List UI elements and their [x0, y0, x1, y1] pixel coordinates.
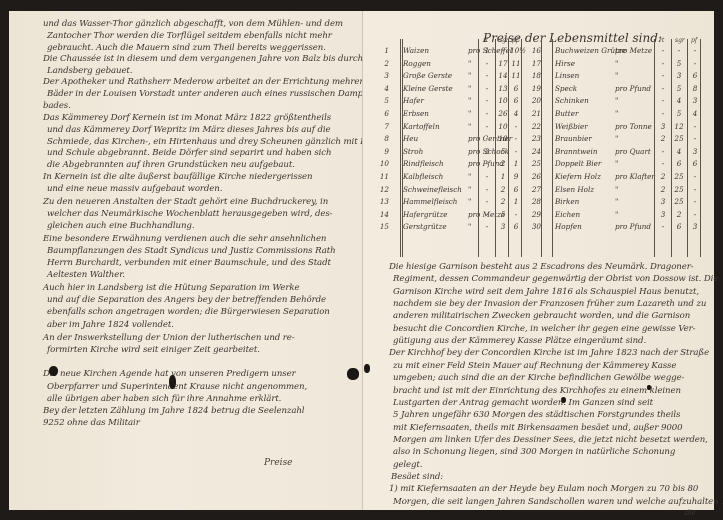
table-cell-unit: "	[615, 210, 618, 219]
table-cell-rt: -	[657, 109, 669, 118]
table-cell-rt: 3	[481, 147, 493, 156]
table-cell-rt: -	[481, 185, 493, 194]
table-cell-no: 26	[531, 172, 541, 181]
table-cell-rt: -	[657, 222, 669, 231]
table-cell-rt: -	[657, 96, 669, 105]
table-cell-unit: "	[615, 197, 618, 206]
table-cell-unit: "	[468, 197, 471, 206]
table-cell-rt: 2	[657, 134, 669, 143]
table-cell-unit: "	[468, 122, 471, 131]
table-cell-no: 16	[531, 46, 541, 55]
table-cell-rt: -	[481, 71, 493, 80]
table-cell-unit: "	[615, 96, 618, 105]
text-line: Lustgarten der Antrag gemacht worden. Im…	[393, 398, 653, 408]
table-cell-item: Hirse	[555, 59, 575, 68]
table-cell-item: Gerstgrütze	[403, 222, 447, 231]
text-line: welcher das Neumärkische Wochenblatt her…	[47, 209, 333, 219]
table-cell-sgr: 2	[673, 210, 685, 219]
ink-blot	[49, 366, 58, 376]
table-cell-unit: "	[615, 185, 618, 194]
table-cell-item: Hammelfleisch	[403, 197, 457, 206]
table-cell-unit: "	[615, 109, 618, 118]
table-rule	[552, 39, 553, 257]
table-cell-unit: "	[468, 109, 471, 118]
text-line: anderen militairischen Zwecken gebraucht…	[393, 311, 690, 321]
text-line: die Abgebrannten auf ihren Grundstücken …	[47, 160, 295, 170]
table-cell-item: Heu	[403, 134, 418, 143]
table-cell-unit: "	[468, 222, 471, 231]
table-cell-no: 3	[379, 71, 389, 80]
table-cell-no: 4	[379, 84, 389, 93]
table-cell-item: Linsen	[555, 71, 579, 80]
table-cell-unit: "	[468, 96, 471, 105]
table-cell-item: Rindfleisch	[403, 159, 444, 168]
table-cell-item: Kleine Gerste	[403, 84, 453, 93]
table-cell-no: 23	[531, 134, 541, 143]
table-cell-item: Schweinefleisch	[403, 185, 462, 194]
table-cell-rt: -	[657, 147, 669, 156]
table-cell-rt: -	[657, 59, 669, 68]
text-line: ebenfalls schon angetragen worden; die B…	[47, 307, 330, 317]
table-cell-rt: -	[481, 172, 493, 181]
table-cell-item: Hafer	[403, 96, 424, 105]
table-rule	[495, 39, 496, 257]
table-cell-no: 6	[379, 109, 389, 118]
table-cell-sgr: 25	[673, 197, 685, 206]
text-line: gebraucht. Auch die Mauern sind zum Thei…	[47, 43, 326, 53]
right-page: Preise der Lebensmittel sind: rtsgrpfrts…	[362, 11, 714, 510]
ink-blot	[347, 368, 359, 380]
table-rule	[521, 39, 522, 257]
table-cell-item: Braunbier	[555, 134, 592, 143]
table-rule	[541, 39, 542, 257]
table-cell-unit: pro Tonne	[615, 122, 652, 131]
ink-blot	[561, 397, 566, 403]
table-cell-sgr: 25	[673, 185, 685, 194]
text-line: die	[685, 509, 696, 517]
table-cell-no: 22	[531, 122, 541, 131]
table-cell-item: Butter	[555, 109, 578, 118]
text-line: Oberpfarrer und Superintendent Krause ni…	[47, 382, 307, 392]
table-cell-no: 15	[379, 222, 389, 231]
table-cell-no: 11	[379, 172, 389, 181]
table-cell-rt: -	[657, 84, 669, 93]
table-cell-unit: "	[468, 185, 471, 194]
text-line: Herrn Burchardt, verbunden mit einer Bau…	[47, 258, 331, 268]
table-cell-sgr: 6	[673, 159, 685, 168]
table-cell-sgr: 4	[673, 96, 685, 105]
table-cell-sgr: 3	[673, 71, 685, 80]
catchword: Preise	[264, 458, 293, 468]
table-cell-no: 14	[379, 210, 389, 219]
column-header: rt	[483, 37, 488, 44]
text-line: und Schule abgebrannt. Beide Dörfer sind…	[47, 148, 331, 158]
table-cell-unit: pro Metze	[615, 46, 652, 55]
table-cell-sgr: 12	[673, 122, 685, 131]
text-line: An der Inswerkstellung der Union der lut…	[43, 333, 295, 343]
column-header: pf	[691, 37, 697, 44]
table-cell-no: 12	[379, 185, 389, 194]
table-cell-sgr: 25	[673, 172, 685, 181]
column-header: sgr	[675, 37, 685, 44]
table-cell-sgr: 25	[673, 134, 685, 143]
table-cell-no: 17	[531, 59, 541, 68]
text-line: 1) mit Kiefernsaaten an der Heyde bey Eu…	[389, 484, 698, 494]
table-cell-no: 30	[531, 222, 541, 231]
table-cell-item: Große Gerste	[403, 71, 452, 80]
table-cell-rt: -	[481, 197, 493, 206]
table-rule	[402, 39, 403, 257]
table-cell-no: 13	[379, 197, 389, 206]
table-cell-unit: pro Klafter	[615, 172, 655, 181]
text-line: Der Apotheker und Rathsherr Mederow arbe…	[43, 77, 372, 87]
table-cell-rt: -	[481, 109, 493, 118]
text-line: aber im Jahre 1824 vollendet.	[47, 320, 174, 330]
text-line: nachdem sie bey der Invasion der Franzos…	[393, 299, 706, 309]
table-cell-item: Schinken	[555, 96, 589, 105]
table-cell-item: Kartoffeln	[403, 122, 440, 131]
text-line: formirten Kirche wird seit einiger Zeit …	[47, 345, 260, 355]
table-cell-rt: 3	[657, 210, 669, 219]
table-cell-unit: pro Pfund	[615, 222, 651, 231]
table-cell-rt: 3	[657, 197, 669, 206]
table-cell-no: 21	[531, 109, 541, 118]
table-cell-rt: -	[481, 96, 493, 105]
text-line: Schmiede, das Kirchen-, ein Hirtenhaus u…	[47, 137, 388, 147]
table-cell-rt: 1	[481, 46, 493, 55]
text-line: gütigung aus der Kämmerey Kasse Plätze e…	[393, 336, 646, 346]
ink-blot	[647, 385, 651, 390]
table-cell-rt: 2	[657, 185, 669, 194]
text-line: zu mit einer Feld Stein Mauer auf Rechnu…	[393, 361, 676, 371]
table-rule	[508, 39, 509, 257]
text-line: Die Chaussée ist in diesem und dem verga…	[43, 54, 363, 64]
table-cell-sgr: 5	[673, 109, 685, 118]
table-cell-item: Erbsen	[403, 109, 429, 118]
text-line: und das Wasser-Thor gänzlich abgeschafft…	[43, 19, 343, 29]
table-cell-rt: -	[657, 46, 669, 55]
text-line: Eine besondere Erwähnung verdienen auch …	[43, 234, 326, 244]
text-line: Baumpflanzungen des Stadt Syndicus und J…	[47, 246, 336, 256]
table-rule	[671, 39, 672, 257]
column-header: pf	[512, 37, 518, 44]
text-line: gleichen auch eine Buchhandlung.	[47, 221, 194, 231]
table-cell-no: 7	[379, 122, 389, 131]
table-cell-item: Branntwein	[555, 147, 597, 156]
table-cell-rt: -	[481, 210, 493, 219]
table-cell-rt: -	[481, 134, 493, 143]
ink-blot	[364, 364, 370, 373]
table-cell-rt: -	[481, 59, 493, 68]
table-cell-rt: -	[657, 71, 669, 80]
table-cell-unit: "	[468, 71, 471, 80]
table-cell-no: 10	[379, 159, 389, 168]
table-cell-item: Stroh	[403, 147, 423, 156]
table-cell-no: 1	[379, 46, 389, 55]
table-cell-unit: "	[615, 159, 618, 168]
table-cell-item: Birken	[555, 197, 579, 206]
text-line: Der Kirchhof bey der Concordien Kirche i…	[389, 348, 709, 358]
table-cell-sgr: 6	[673, 222, 685, 231]
table-cell-unit: "	[615, 59, 618, 68]
text-line: also in Schonung liegen, sind 300 Morgen…	[393, 447, 675, 457]
text-line: mit Kiefernsaaten, theils mit Birkensaam…	[393, 423, 683, 433]
text-line: Zu den neueren Anstalten der Stadt gehör…	[43, 197, 328, 207]
text-line: 9252 ohne das Militair	[43, 418, 140, 428]
table-rule	[478, 39, 479, 257]
table-cell-unit: "	[468, 84, 471, 93]
text-line: gelegt.	[393, 460, 422, 470]
text-line: umgeben; auch sind die an der Kirche bef…	[393, 373, 684, 383]
text-line: Die hiesige Garnison besteht aus 2 Escad…	[389, 262, 694, 272]
table-cell-no: 19	[531, 84, 541, 93]
table-cell-rt: 2	[657, 172, 669, 181]
text-line: 5 Jahren ungefähr 630 Morgen des städtis…	[393, 410, 680, 420]
table-cell-no: 5	[379, 96, 389, 105]
text-line: und eine neue massiv aufgebaut worden.	[47, 184, 222, 194]
table-rule	[654, 39, 655, 257]
text-line: Landsberg gebauet.	[47, 66, 132, 76]
table-cell-sgr: 5	[673, 59, 685, 68]
table-cell-item: Waizen	[403, 46, 429, 55]
text-line: In Kernein ist die alte äußerst baufälli…	[43, 172, 312, 182]
table-cell-sgr: 4	[673, 147, 685, 156]
table-cell-item: Speck	[555, 84, 577, 93]
text-line: bades.	[43, 101, 71, 111]
text-line: Morgen, die seit langen Jahren Sandschol…	[393, 497, 723, 507]
table-cell-item: Eichen	[555, 210, 580, 219]
table-cell-item: Hopfen	[555, 222, 582, 231]
text-line: und das Kämmerey Dorf Wepritz im März di…	[47, 125, 330, 135]
text-line: bracht und ist mit der Einrichtung des K…	[393, 386, 681, 396]
table-cell-no: 24	[531, 147, 541, 156]
table-cell-no: 28	[531, 197, 541, 206]
table-cell-no: 8	[379, 134, 389, 143]
text-line: Zantocher Thor werden die Torflügel seit…	[47, 31, 332, 41]
table-cell-rt: -	[481, 222, 493, 231]
table-cell-unit: "	[615, 71, 618, 80]
table-cell-unit: pro Pfund	[615, 84, 651, 93]
table-cell-unit: "	[468, 172, 471, 181]
text-line: besucht die Concordien Kirche, in welche…	[393, 324, 695, 334]
text-line: Besäet sind:	[391, 472, 443, 482]
table-cell-rt: 3	[657, 122, 669, 131]
table-cell-item: Hafergrütze	[403, 210, 448, 219]
ink-blot	[169, 375, 176, 389]
table-cell-rt: -	[481, 122, 493, 131]
table-cell-no: 9	[379, 147, 389, 156]
table-cell-item: Kalbfleisch	[403, 172, 443, 181]
table-cell-rt: -	[657, 159, 669, 168]
text-line: Morgen am linken Ufer des Dessiner Sees,…	[393, 435, 708, 445]
text-line: Regiment, dessen Commandeur gegenwärtig …	[393, 274, 718, 284]
table-rule	[400, 39, 401, 257]
table-cell-no: 27	[531, 185, 541, 194]
table-cell-unit: "	[468, 59, 471, 68]
text-line: Aeltesten Walther.	[47, 270, 125, 280]
text-line: Auch hier in Landsberg ist die Hütung Se…	[43, 283, 299, 293]
table-cell-sgr: 5	[673, 84, 685, 93]
table-rule	[687, 39, 688, 257]
table-cell-item: Weißbier	[555, 122, 588, 131]
price-table-title: Preise der Lebensmittel sind:	[483, 31, 662, 45]
table-cell-unit: "	[615, 134, 618, 143]
table-cell-rt: -	[481, 159, 493, 168]
table-cell-item: Roggen	[403, 59, 431, 68]
text-line: Bäder in der Louisen Vorstadt unter ande…	[47, 89, 369, 99]
table-cell-rt: -	[481, 84, 493, 93]
table-rule	[700, 39, 701, 257]
table-cell-no: 2	[379, 59, 389, 68]
text-line: alle übrigen aber haben sich für ihre An…	[47, 394, 281, 404]
text-line: Das Kämmerey Dorf Kernein ist im Monat M…	[43, 113, 331, 123]
table-cell-no: 18	[531, 71, 541, 80]
left-page: und das Wasser-Thor gänzlich abgeschafft…	[9, 11, 362, 510]
table-cell-item: Kiefern Holz	[555, 172, 601, 181]
table-cell-item: Doppelt Bier	[555, 159, 601, 168]
column-header: rt	[659, 37, 664, 44]
text-line: und auf die Separation des Angers bey de…	[47, 295, 326, 305]
table-cell-unit: pro Quart	[615, 147, 651, 156]
table-cell-no: 29	[531, 210, 541, 219]
text-line: Garnison Kirche wird seit dem Jahre 1816…	[393, 287, 699, 297]
table-cell-no: 20	[531, 96, 541, 105]
table-cell-no: 25	[531, 159, 541, 168]
text-line: Bey der letzten Zählung im Jahre 1824 be…	[43, 406, 304, 416]
table-cell-item: Elsen Holz	[555, 185, 594, 194]
table-cell-sgr: -	[673, 46, 685, 55]
